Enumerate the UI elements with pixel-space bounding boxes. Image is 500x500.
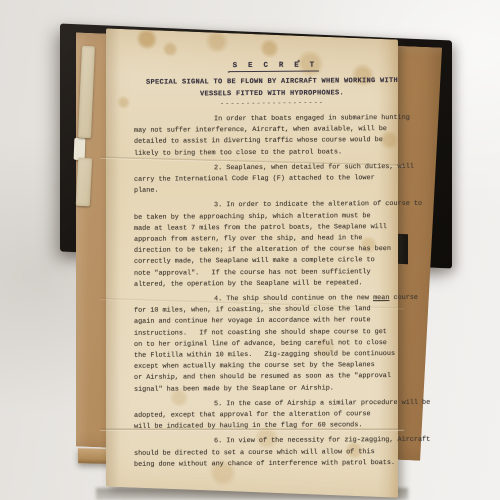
typed-paragraph: 6. In view of the necessity for zig-zagg… xyxy=(134,435,394,470)
typed-paragraph: 5. In the case of Airship a similar proc… xyxy=(134,398,394,433)
typed-content: S E C R E T SPECIAL SIGNAL TO BE FLOWN B… xyxy=(106,33,398,475)
typed-line: likely to bring them too close to the pa… xyxy=(134,147,394,160)
document-page: S E C R E T SPECIAL SIGNAL TO BE FLOWN B… xyxy=(106,28,398,497)
typed-line: being done without any chance of interfe… xyxy=(134,458,394,471)
typed-line: carry the International Code Flag (F) at… xyxy=(134,173,394,186)
typed-paragraphs: In order that boats engaged in submarine… xyxy=(134,113,394,471)
photo-backdrop: S E C R E T SPECIAL SIGNAL TO BE FLOWN B… xyxy=(0,0,500,500)
typed-line: plane. xyxy=(134,184,394,197)
tape-strip xyxy=(76,158,92,207)
typed-paragraph: 2. Seaplanes, when detailed for such dut… xyxy=(134,162,394,197)
typed-line: signal" has been made by the Seaplane or… xyxy=(134,383,394,396)
typed-line: detailed to assist in diverting traffic … xyxy=(134,135,394,148)
classification-heading-row: S E C R E T xyxy=(144,53,404,73)
typed-paragraph: 4. The ship should continue on the new m… xyxy=(134,293,394,396)
typed-line: will be indicated by hauling in the flag… xyxy=(134,420,394,433)
board-corner-notch xyxy=(397,234,408,264)
typed-line: or Airship, and then should be resumed a… xyxy=(134,371,394,384)
typed-paragraph: In order that boats engaged in submarine… xyxy=(134,113,394,160)
separator-dashes: -------------------- xyxy=(142,99,402,110)
typed-paragraph: 3. In order to indicate the alteration o… xyxy=(134,199,394,290)
typed-line: altered, the operation by the Seaplane w… xyxy=(134,278,394,291)
classification-heading: S E C R E T xyxy=(229,62,320,73)
